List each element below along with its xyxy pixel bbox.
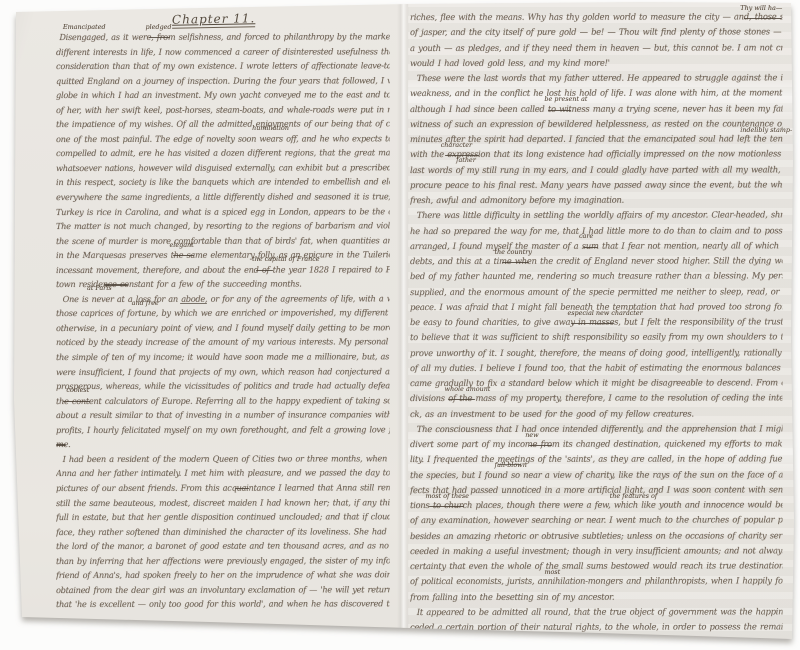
manuscript-line: me.	[56, 437, 390, 452]
manuscript-line: the scene of murder is more comfortable …	[56, 233, 390, 248]
manuscript-line: the content calculators of Europe. Refer…	[56, 393, 390, 408]
manuscript-line: incessant movement, therefore, and about…	[56, 262, 390, 277]
manuscript-line: were insufficient, I found that projects…	[56, 364, 390, 379]
manuscript-line: These were the last words that my father…	[410, 71, 783, 87]
manuscript-line: about a result similar to that of invest…	[56, 407, 390, 422]
manuscript-line: that 'he is excellent — only too good fo…	[56, 597, 390, 612]
manuscript-line: still the same beauteous, modest, discre…	[56, 495, 390, 510]
manuscript-line: than by inferring that her affections we…	[56, 553, 390, 568]
manuscript-line: debts, and this at a time when the credi…	[410, 254, 783, 270]
manuscript-line: the species, but I found so near a view …	[410, 468, 783, 484]
manuscript-line: ceded a certain portion of their natural…	[410, 620, 783, 636]
manuscript-line: I had been a resident of the modern Quee…	[56, 451, 390, 466]
manuscript-line: everywhere the same ingredients, a littl…	[56, 189, 390, 204]
manuscript-line: There was little difficulty in settling …	[410, 209, 783, 225]
interlinear-insertion: Thy will ha—	[740, 5, 782, 12]
manuscript-line: profits, I hourly felicitated myself on …	[56, 422, 390, 437]
manuscript-line: last words of my still rung in my ears, …	[410, 163, 783, 179]
manuscript-line: one of the most painful. The edge of nov…	[56, 131, 390, 146]
manuscript-line: One is never at a loss for an abode, or …	[56, 291, 390, 306]
manuscript-line: witness of such an expression of bewilde…	[410, 117, 783, 133]
manuscript-line: of all my duties. I believe I found too,…	[410, 361, 783, 377]
manuscript-line: consideration than that of my own existe…	[56, 58, 390, 73]
interlinear-insertion: humiliation	[252, 125, 289, 132]
manuscript-line: ck, as an investment to be used for the …	[410, 407, 783, 423]
manuscript-line: to believe that it was sufficient to shi…	[410, 331, 783, 347]
interlinear-insertion: be present at	[544, 96, 587, 103]
manuscript-line: Anna and her father intimately. I met hi…	[56, 466, 390, 481]
manuscript-line: obtained from the dear girl was an invol…	[56, 582, 390, 597]
manuscript-line: from falling into the besetting sin of m…	[410, 590, 783, 606]
manuscript-line: the lord of the manor, a baronet of good…	[56, 538, 390, 553]
strike-mark	[256, 270, 273, 271]
manuscript-line: a youth — as pledges, and if they need t…	[410, 41, 783, 57]
manuscript-line: Turkey is rice in Carolina, and what is …	[56, 204, 390, 219]
manuscript-line: whatsoever nations, however wild disguis…	[56, 160, 390, 175]
manuscript-line: of her, with her swift keel, post-horses…	[56, 102, 390, 117]
manuscript-line: of any examination, however searching or…	[410, 514, 783, 530]
manuscript-line: full in estate, but that her gentle disp…	[56, 509, 390, 524]
strike-mark	[529, 445, 552, 446]
interlinear-insertion: the capital of France	[252, 256, 320, 263]
manuscript-line: the impatience of my wishes. Of all the …	[56, 117, 390, 132]
strike-mark	[502, 262, 529, 263]
manuscript-line: in this respect, society is like the ban…	[56, 175, 390, 190]
manuscript-line: supplied, and the enormous amount of the…	[410, 285, 783, 301]
interlinear-insertion: Emancipated	[63, 24, 106, 31]
manuscript-line: of jasper, and the city itself of pure g…	[410, 26, 783, 42]
underline-mark	[498, 464, 521, 465]
manuscript-line: he had so prepared the way for me, that …	[410, 224, 783, 240]
manuscript-line: otherwise, in a pecuniary point of view,…	[56, 320, 390, 335]
interlinear-insertion: most	[544, 569, 560, 576]
manuscript-line: would I had loved gold less, and my kind…	[410, 56, 783, 72]
manuscript-line: prove unworthy of it. I sought, therefor…	[410, 346, 783, 362]
interlinear-insertion: especial new character	[567, 310, 642, 317]
strike-mark	[56, 444, 66, 445]
manuscript-line: noticed by the steady increase of the am…	[56, 335, 390, 350]
manuscript-line: riches, flee with the means. Why has thy…	[410, 10, 783, 26]
manuscript-line: fresh, awful and admonitory before my im…	[410, 193, 783, 209]
manuscript-line: procure peace to his final rest. Many ye…	[410, 178, 783, 194]
interlinear-insertion: most of these	[425, 493, 469, 500]
manuscript-line: face, they rather softened than diminish…	[56, 524, 390, 539]
chapter-heading: Chapter 11.	[172, 11, 256, 28]
manuscript-line: friend of Anna's, had spoken freely to h…	[56, 568, 390, 583]
manuscript-line: ceeded in making a useful investment; th…	[410, 544, 783, 560]
manuscript-line: different interests in life, I now comme…	[56, 44, 390, 59]
manuscript-line: besides an amazing rhetoric or obtrusive…	[410, 529, 783, 545]
strike-mark	[548, 110, 571, 111]
page-left-lines: Disengaged, as it were, from selfishness…	[56, 30, 400, 616]
manuscript-line: weakness, and in the conflict he lost hi…	[410, 87, 783, 103]
page-right: riches, flee with the means. Why has thy…	[408, 0, 800, 650]
underline-mark	[180, 303, 208, 304]
manuscript-line: the simple of ten of my income; it would…	[56, 349, 390, 364]
interlinear-insertion: full-blown	[494, 462, 526, 469]
manuscript-line: globe in which I had an investment. My o…	[56, 87, 390, 102]
manuscript-line: tions to church places, though there wer…	[410, 498, 783, 514]
strike-mark	[571, 323, 613, 324]
manuscript-line: prosperous, whereas, while the vicissitu…	[56, 378, 390, 393]
manuscript-line: lity. I frequented the meetings of the '…	[410, 453, 783, 469]
manuscript-line: quitted England on a journey of inspecti…	[56, 73, 390, 88]
manuscript-line: compelled to admit, ere he has visited a…	[56, 146, 390, 161]
manuscript-line: pictures of our absent friends. From thi…	[56, 480, 390, 495]
interlinear-insertion: elegant	[170, 242, 194, 249]
interlinear-insertion: care	[579, 233, 593, 240]
strike-mark	[429, 506, 464, 507]
manuscript-line: those caprices of fortune, by which we a…	[56, 306, 390, 321]
interlinear-insertion: at Paris	[87, 285, 112, 292]
manuscript-line: It appeared to be admitted all round, th…	[410, 605, 783, 621]
interlinear-insertion: father	[456, 157, 476, 164]
manuscript-line: in the Marquesas preserves the same elem…	[56, 247, 390, 262]
manuscript-line: of political economists, jurists, annihi…	[410, 575, 783, 591]
interlinear-insertion: indelibly stamp-	[740, 127, 792, 134]
strike-mark	[744, 18, 782, 19]
page-right-lines: riches, flee with the means. Why has thy…	[410, 11, 794, 639]
interlinear-insertion: whole amount	[445, 386, 491, 393]
interlinear-insertion: the country	[494, 249, 531, 256]
manuscript-scan: Chapter 11. Disengaged, as it were, from…	[0, 0, 800, 650]
interlinear-insertion: the features of	[610, 493, 658, 500]
manuscript-line: The consciousness that I had once intend…	[410, 422, 783, 438]
manuscript-sheet: Chapter 11. Disengaged, as it were, from…	[0, 0, 800, 650]
manuscript-line: certainty that even the whole of the sma…	[410, 559, 783, 575]
strike-mark	[583, 247, 598, 248]
manuscript-line: bed of my father haunted me, rendering s…	[410, 270, 783, 286]
manuscript-line: although I had since been called to witn…	[410, 102, 783, 118]
interlinear-insertion: new	[525, 432, 538, 439]
interlinear-insertion: and free	[132, 300, 159, 307]
manuscript-line: Disengaged, as it were, from selfishness…	[56, 29, 390, 44]
strike-mark	[63, 401, 91, 402]
paper-shadow: Chapter 11. Disengaged, as it were, from…	[0, 0, 800, 650]
page-left: Chapter 11. Disengaged, as it were, from…	[0, 0, 400, 650]
manuscript-line: The matter is not much changed, by resor…	[56, 218, 390, 233]
manuscript-line: divert some part of my income from its c…	[410, 437, 783, 453]
strike-mark	[104, 284, 128, 285]
interlinear-insertion: character	[441, 142, 472, 149]
interlinear-insertion: coolest	[66, 387, 89, 394]
interlinear-insertion: pledged	[145, 24, 171, 31]
strike-mark	[149, 37, 170, 38]
